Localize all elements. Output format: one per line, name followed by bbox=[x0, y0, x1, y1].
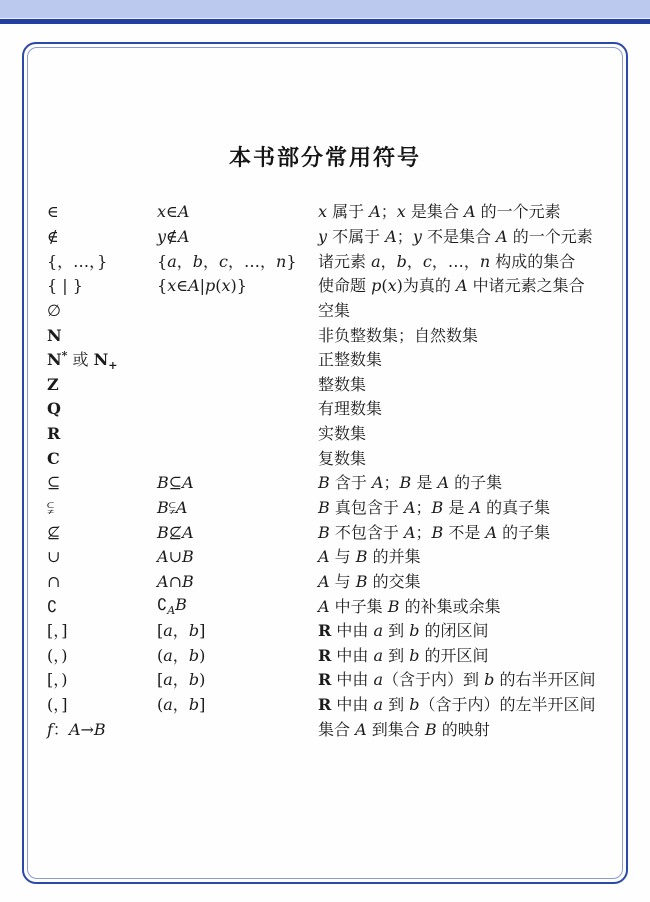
table-row: ⫋B⫋AB 真包含于 A；B 是 A 的真子集 bbox=[47, 496, 607, 521]
example-cell: {a，b，c，…，n} bbox=[157, 254, 318, 270]
table-row: (，](a，b]R 中由 a 到 b（含于内）的左半开区间 bbox=[47, 693, 607, 718]
example-cell: (a，b) bbox=[157, 648, 318, 664]
book-page: 本书部分常用符号 ∈x∈Ax 属于 A；x 是集合 A 的一个元素∉y∉Ay 不… bbox=[0, 0, 650, 902]
table-row: ∅空集 bbox=[47, 299, 607, 324]
page-top-rule bbox=[0, 19, 650, 24]
meaning-cell: 复数集 bbox=[318, 451, 607, 467]
symbol-cell: [，] bbox=[47, 623, 157, 639]
symbol-cell: ∩ bbox=[47, 574, 157, 590]
example-cell: A∩B bbox=[157, 574, 318, 590]
table-row: ∩A∩BA 与 B 的交集 bbox=[47, 570, 607, 595]
symbol-cell: [，) bbox=[47, 672, 157, 688]
table-row: {，…，}{a，b，c，…，n}诸元素 a，b，c，…，n 构成的集合 bbox=[47, 249, 607, 274]
meaning-cell: x 属于 A；x 是集合 A 的一个元素 bbox=[318, 204, 607, 220]
symbol-cell: ⊆ bbox=[47, 475, 157, 491]
example-cell: A∪B bbox=[157, 549, 318, 565]
meaning-cell: R 中由 a 到 b 的开区间 bbox=[318, 648, 607, 664]
meaning-cell: R 中由 a 到 b 的闭区间 bbox=[318, 623, 607, 639]
example-cell: B⊈A bbox=[157, 525, 318, 541]
meaning-cell: 空集 bbox=[318, 303, 607, 319]
example-cell: y∉A bbox=[157, 229, 318, 245]
table-row: ∉y∉Ay 不属于 A；y 不是集合 A 的一个元素 bbox=[47, 225, 607, 250]
example-cell: x∈A bbox=[157, 204, 318, 220]
table-row: N非负整数集；自然数集 bbox=[47, 323, 607, 348]
example-cell: {x∈A|p(x)} bbox=[157, 278, 318, 294]
example-cell: [a，b] bbox=[157, 623, 318, 639]
symbol-cell: (，) bbox=[47, 648, 157, 664]
example-cell: [a，b) bbox=[157, 672, 318, 688]
table-row: Z整数集 bbox=[47, 372, 607, 397]
table-row: N* 或 N+正整数集 bbox=[47, 348, 607, 373]
symbol-cell: { | } bbox=[47, 278, 157, 294]
table-row: ∁∁ABA 中子集 B 的补集或余集 bbox=[47, 594, 607, 619]
meaning-cell: R 中由 a 到 b（含于内）的左半开区间 bbox=[318, 697, 607, 713]
meaning-cell: B 不包含于 A；B 不是 A 的子集 bbox=[318, 525, 607, 541]
meaning-cell: 非负整数集；自然数集 bbox=[318, 328, 607, 344]
symbol-cell: {，…，} bbox=[47, 254, 157, 270]
symbol-cell: f：A→B bbox=[47, 722, 157, 738]
meaning-cell: B 含于 A；B 是 A 的子集 bbox=[318, 475, 607, 491]
symbol-cell: C bbox=[47, 451, 157, 467]
table-row: (，)(a，b)R 中由 a 到 b 的开区间 bbox=[47, 644, 607, 669]
meaning-cell: 使命题 p(x)为真的 A 中诸元素之集合 bbox=[318, 278, 607, 294]
meaning-cell: 整数集 bbox=[318, 377, 607, 393]
meaning-cell: 诸元素 a，b，c，…，n 构成的集合 bbox=[318, 254, 607, 270]
example-cell: (a，b] bbox=[157, 697, 318, 713]
symbol-cell: N* 或 N+ bbox=[47, 350, 157, 371]
symbol-cell: (，] bbox=[47, 697, 157, 713]
table-row: { | }{x∈A|p(x)}使命题 p(x)为真的 A 中诸元素之集合 bbox=[47, 274, 607, 299]
symbol-cell: Z bbox=[47, 377, 157, 393]
meaning-cell: B 真包含于 A；B 是 A 的真子集 bbox=[318, 500, 607, 516]
symbol-cell: ∈ bbox=[47, 204, 157, 220]
meaning-cell: A 与 B 的交集 bbox=[318, 574, 607, 590]
symbol-cell: ∅ bbox=[47, 303, 157, 319]
page-top-band bbox=[0, 0, 650, 18]
table-row: ⊈B⊈AB 不包含于 A；B 不是 A 的子集 bbox=[47, 520, 607, 545]
meaning-cell: A 中子集 B 的补集或余集 bbox=[318, 599, 607, 615]
table-row: [，)[a，b)R 中由 a（含于内）到 b 的右半开区间 bbox=[47, 668, 607, 693]
example-cell: B⫋A bbox=[157, 500, 318, 516]
symbol-table: ∈x∈Ax 属于 A；x 是集合 A 的一个元素∉y∉Ay 不属于 A；y 不是… bbox=[47, 200, 607, 742]
table-row: Q有理数集 bbox=[47, 397, 607, 422]
table-row: ∈x∈Ax 属于 A；x 是集合 A 的一个元素 bbox=[47, 200, 607, 225]
table-row: [，][a，b]R 中由 a 到 b 的闭区间 bbox=[47, 619, 607, 644]
page-title: 本书部分常用符号 bbox=[0, 141, 650, 172]
symbol-cell: ∉ bbox=[47, 229, 157, 245]
meaning-cell: R 中由 a（含于内）到 b 的右半开区间 bbox=[318, 672, 607, 688]
table-row: f：A→B集合 A 到集合 B 的映射 bbox=[47, 717, 607, 742]
example-cell: ∁AB bbox=[157, 597, 318, 616]
meaning-cell: 有理数集 bbox=[318, 401, 607, 417]
symbol-cell: ⊈ bbox=[47, 525, 157, 541]
meaning-cell: 实数集 bbox=[318, 426, 607, 442]
table-row: R实数集 bbox=[47, 422, 607, 447]
symbol-cell: ⫋ bbox=[47, 500, 157, 516]
meaning-cell: 集合 A 到集合 B 的映射 bbox=[318, 722, 607, 738]
symbol-cell: N bbox=[47, 328, 157, 344]
symbol-cell: R bbox=[47, 426, 157, 442]
table-row: ∪A∪BA 与 B 的并集 bbox=[47, 545, 607, 570]
table-row: C复数集 bbox=[47, 446, 607, 471]
meaning-cell: 正整数集 bbox=[318, 352, 607, 368]
symbol-cell: ∪ bbox=[47, 549, 157, 565]
meaning-cell: y 不属于 A；y 不是集合 A 的一个元素 bbox=[318, 229, 607, 245]
symbol-cell: ∁ bbox=[47, 599, 157, 615]
meaning-cell: A 与 B 的并集 bbox=[318, 549, 607, 565]
example-cell: B⊆A bbox=[157, 475, 318, 491]
table-row: ⊆B⊆AB 含于 A；B 是 A 的子集 bbox=[47, 471, 607, 496]
symbol-cell: Q bbox=[47, 401, 157, 417]
